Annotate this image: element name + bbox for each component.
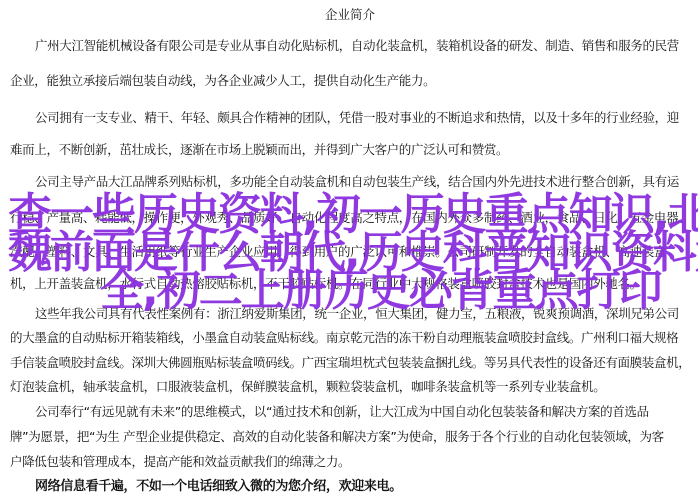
- document-title: 企业简介: [10, 7, 690, 23]
- paragraph-4-line-2: 的大墨盒的自动贴标开箱装箱线，小墨盒自动装盒贴标线。南京乾元浩的冻干粉自动理瓶装…: [10, 330, 678, 346]
- paragraph-1-line-1: 广州大江智能机械设备有限公司是专业从事自动化贴标机，自动化装盒机，装箱机设备的研…: [35, 38, 679, 54]
- paragraph-4-line-4: 灯泡装盒机，轴承装盒机，口服液装盒机，保鲜膜装盒机，颗粒袋装盒机，咖啡条装盒机等…: [10, 379, 605, 395]
- paragraph-3-line-1: 公司主导产品大江品牌系列贴标机，多功能全自动装盒机和自动包装生产线，结合国内外先…: [35, 174, 679, 190]
- paragraph-4-line-3: 手信装盒喷胶封盒线。深圳大佛圆瓶贴标装盒喷码线。广西宝瑞坦枕式包装装盒捆扎线。等…: [10, 355, 690, 371]
- paragraph-2-line-1: 公司拥有一支专业、精干、年轻、颇具合作精神的团队，凭借一股对事业的不断追求和热情…: [35, 110, 679, 126]
- paragraph-5-line-2: 牌”为愿景，把“为生 产型企业提供稳定、高效的自动化装备和解决方案”为使命，服务…: [10, 429, 664, 445]
- paragraph-2-line-2: 难而上，不断创新，茁壮成长，逐渐在市场上脱颖而出，并得到广大客户的广泛认可和赞赏…: [10, 142, 508, 158]
- paragraph-5-line-1: 公司奉行“有远见就有未来”的思维模式，以“通过技术和创新，让大江成为中国自动化包…: [35, 404, 649, 420]
- paragraph-5-line-3: 户降低包装和管理成本，提高产能和效益贡献我们的绵薄之力。: [10, 454, 350, 470]
- paragraph-1-line-2: 企业，能独立承接后端包装自动线，为各企业减少人工，提供自动化生产能力。: [10, 73, 435, 89]
- contact-invitation: 网络信息看千遍，不如一个电话细致入微的为您介绍，欢迎来电。: [35, 479, 402, 495]
- overlay-line-3: 全,初二上册历史必背重点打印: [100, 268, 661, 314]
